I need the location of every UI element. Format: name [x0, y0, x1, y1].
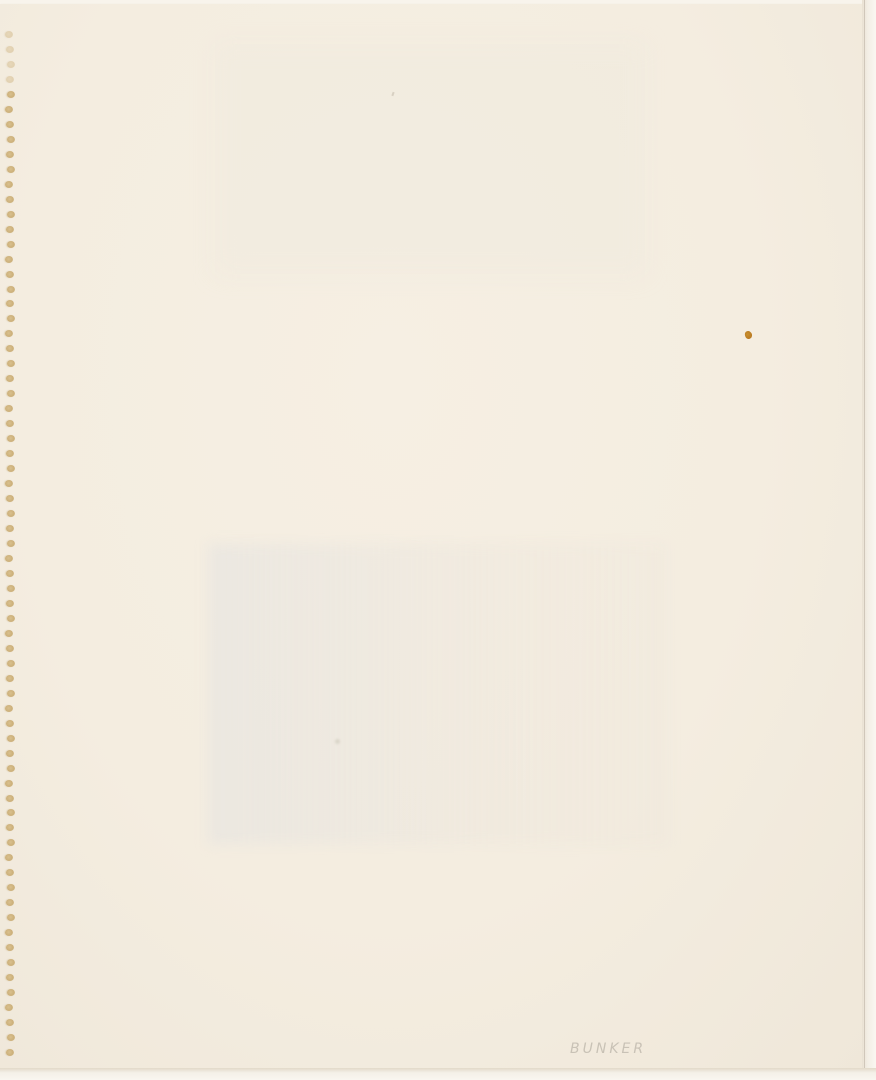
perforation-hole — [5, 780, 13, 787]
perforation-hole — [7, 660, 15, 667]
perforation-hole — [5, 256, 13, 263]
perforation-hole — [7, 959, 15, 966]
perforation-hole — [6, 300, 14, 307]
perforation-hole — [7, 914, 15, 921]
perforation-hole — [7, 809, 15, 816]
paper-speck — [335, 739, 340, 744]
perforation-hole — [6, 345, 14, 352]
perforation-hole — [7, 735, 15, 742]
perforation-hole — [6, 1019, 14, 1026]
perforation-hole — [6, 795, 14, 802]
perforation-hole — [5, 1004, 13, 1011]
perforation-hole — [7, 1034, 15, 1041]
perforation-hole — [7, 241, 15, 248]
foxing-stain — [744, 330, 753, 340]
perforation-hole — [7, 884, 15, 891]
perforation-hole — [6, 675, 14, 682]
perforation-hole — [6, 375, 14, 382]
paper-sheet — [0, 4, 866, 1070]
perforation-hole — [5, 630, 13, 637]
perforation-hole — [6, 121, 14, 128]
perforation-hole — [6, 944, 14, 951]
perforation-hole — [7, 315, 15, 322]
page-bottom-edge — [0, 1068, 876, 1080]
perforation-hole — [6, 495, 14, 502]
offset-ghost-rectangle — [208, 544, 668, 844]
perforation-hole — [6, 974, 14, 981]
perforation-hole — [5, 929, 13, 936]
perforation-hole — [5, 480, 13, 487]
perforation-hole — [7, 585, 15, 592]
perforation-hole — [5, 705, 13, 712]
perforation-hole — [6, 570, 14, 577]
page-right-edge — [862, 0, 876, 1080]
perforation-hole — [6, 1049, 14, 1056]
perforation-hole — [7, 61, 15, 68]
perforation-hole — [7, 166, 15, 173]
perforation-hole — [5, 106, 13, 113]
perforation-hole — [6, 151, 14, 158]
perforation-hole — [7, 690, 15, 697]
perforation-hole — [7, 435, 15, 442]
perforation-hole — [5, 405, 13, 412]
perforation-hole — [6, 450, 14, 457]
perforation-hole — [7, 211, 15, 218]
perforation-hole — [6, 46, 14, 53]
perforation-hole — [6, 645, 14, 652]
pencil-inscription: BUNKER — [570, 1041, 646, 1057]
perforation-hole — [5, 854, 13, 861]
perforation-hole — [7, 360, 15, 367]
perforation-hole — [7, 540, 15, 547]
perforation-hole — [6, 226, 14, 233]
perforation-hole — [6, 525, 14, 532]
perforation-hole — [6, 196, 14, 203]
perforation-hole — [6, 869, 14, 876]
perforation-hole — [6, 824, 14, 831]
perforation-hole — [7, 765, 15, 772]
perforation-hole — [5, 555, 13, 562]
perforation-hole — [7, 839, 15, 846]
perforation-hole — [7, 989, 15, 996]
perforated-edge — [0, 0, 24, 1080]
perforation-hole — [5, 181, 13, 188]
perforation-hole — [6, 76, 14, 83]
photo-scene: BUNKER — [0, 0, 876, 1080]
perforation-hole — [6, 271, 14, 278]
perforation-hole — [6, 720, 14, 727]
perforation-hole — [7, 510, 15, 517]
perforation-hole — [6, 420, 14, 427]
paper-discoloration — [215, 44, 645, 274]
perforation-hole — [7, 390, 15, 397]
perforation-hole — [7, 91, 15, 98]
perforation-hole — [6, 899, 14, 906]
perforation-hole — [7, 465, 15, 472]
perforation-hole — [7, 286, 15, 293]
perforation-hole — [7, 136, 15, 143]
perforation-hole — [6, 750, 14, 757]
perforation-hole — [7, 615, 15, 622]
perforation-hole — [5, 330, 13, 337]
perforation-hole — [5, 31, 13, 38]
perforation-hole — [6, 600, 14, 607]
